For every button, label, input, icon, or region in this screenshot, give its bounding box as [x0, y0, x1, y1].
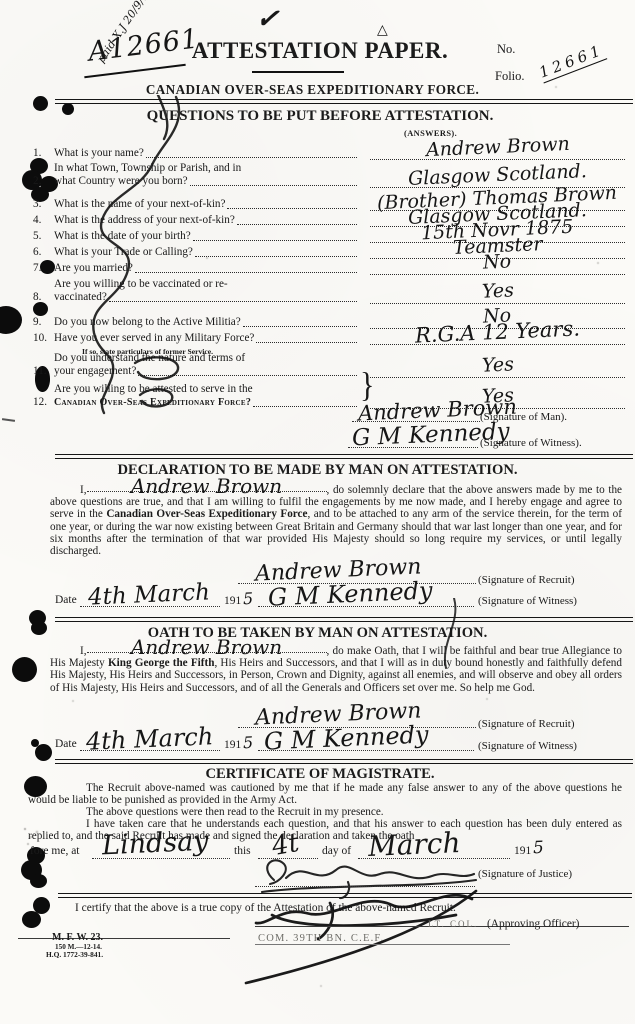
date-label: Date — [55, 594, 77, 606]
answer-line: Yes — [370, 289, 625, 304]
declaration-witness-label: (Signature of Witness) — [478, 595, 577, 607]
handwritten-answer: R.G.A 12 Years. — [415, 324, 580, 339]
year-printed: 191 — [224, 595, 241, 607]
signature-of-witness-label: (Signature of Witness). — [480, 437, 582, 449]
handwritten-folio-number: 12661 — [537, 41, 607, 84]
handwritten-year-digit: 5 — [243, 589, 254, 608]
handwritten-name-inline: Andrew Brown — [87, 643, 327, 653]
form-code-3: H.Q. 1772-39-841. — [46, 950, 103, 959]
ink-blot — [31, 739, 39, 747]
magistrate-para1: The Recruit above-named was cautioned by… — [28, 783, 622, 807]
before-me-label: fore me, at — [30, 845, 80, 857]
ink-blot — [35, 744, 52, 761]
paper-noise — [0, 0, 2, 2]
signature-line — [258, 750, 474, 751]
no-label: No. — [497, 42, 515, 57]
approving-rank-stamp: LT. COL. — [428, 919, 478, 929]
handwritten-place: Lindsay — [101, 826, 209, 862]
section-divider — [55, 759, 633, 764]
footer-line-mid — [255, 944, 510, 945]
answer-line: No — [370, 260, 625, 275]
this-label: this — [234, 845, 251, 857]
handwritten-answer: Yes — [481, 286, 513, 295]
handwritten-year-digit: 5 — [533, 838, 545, 858]
section-divider — [55, 454, 633, 459]
pen-dash-mark — [2, 418, 15, 422]
triangle-doodle: △ — [377, 22, 388, 39]
signature-line — [348, 447, 478, 448]
answer-line: Andrew Brown — [370, 145, 625, 160]
handwritten-date: 4th March — [87, 579, 210, 610]
answers-column-label: (ANSWERS). — [404, 129, 457, 138]
magistrate-heading: CERTIFICATE OF MAGISTRATE. — [120, 766, 520, 783]
declaration-paragraph: I,Andrew Brown, do solemnly declare that… — [50, 482, 622, 557]
handwritten-date: 4th March — [85, 722, 213, 756]
handwritten-answer: Yes — [481, 360, 513, 369]
pen-scrawl-over-questions — [40, 95, 225, 425]
date-label: Date — [55, 738, 77, 750]
form-code-1: M. F. W. 23. — [52, 932, 103, 943]
oath-paragraph: I,Andrew Brown, do make Oath, that I wil… — [50, 643, 622, 694]
handwritten-year-digit: 5 — [243, 733, 254, 752]
ink-blot — [0, 306, 22, 334]
handwritten-name-inline: Andrew Brown — [87, 482, 327, 492]
title-underline — [252, 71, 344, 73]
magistrate-para2: The above questions were then read to th… — [28, 807, 622, 819]
justice-signature-label: (Signature of Justice) — [478, 868, 572, 880]
answer-line: Yes — [370, 363, 625, 378]
handwritten-answer: No — [483, 257, 511, 266]
oath-recruit-label: (Signature of Recruit) — [478, 718, 575, 730]
ink-blot — [31, 621, 47, 635]
approving-officer-label: (Approving Officer) — [487, 918, 579, 930]
footer-line-left — [18, 938, 230, 939]
ink-blot — [22, 911, 41, 928]
handwritten-answer: Andrew Brown — [426, 140, 570, 154]
attestation-paper-scan: paid X.J 20/9/14 ✓ △ A12661 ATTESTATION … — [0, 0, 635, 1024]
section-divider — [55, 617, 633, 622]
checkmark-doodle: ✓ — [253, 1, 287, 37]
year-printed: 191 — [224, 739, 241, 751]
page-title: ATTESTATION PAPER. — [150, 38, 490, 64]
brace-glyph: } — [360, 378, 374, 393]
battalion-stamp: COM. 39TH BN. C.E.F. — [258, 933, 384, 944]
year-printed: 191 — [514, 845, 531, 857]
ink-blot — [30, 874, 47, 888]
handwritten-answer: Glasgow Scotland. — [408, 167, 587, 183]
ink-blot — [12, 657, 37, 682]
declaration-recruit-label: (Signature of Recruit) — [478, 574, 575, 586]
answer-line: R.G.A 12 Years. — [370, 330, 625, 345]
oath-witness-label: (Signature of Witness) — [478, 740, 577, 752]
